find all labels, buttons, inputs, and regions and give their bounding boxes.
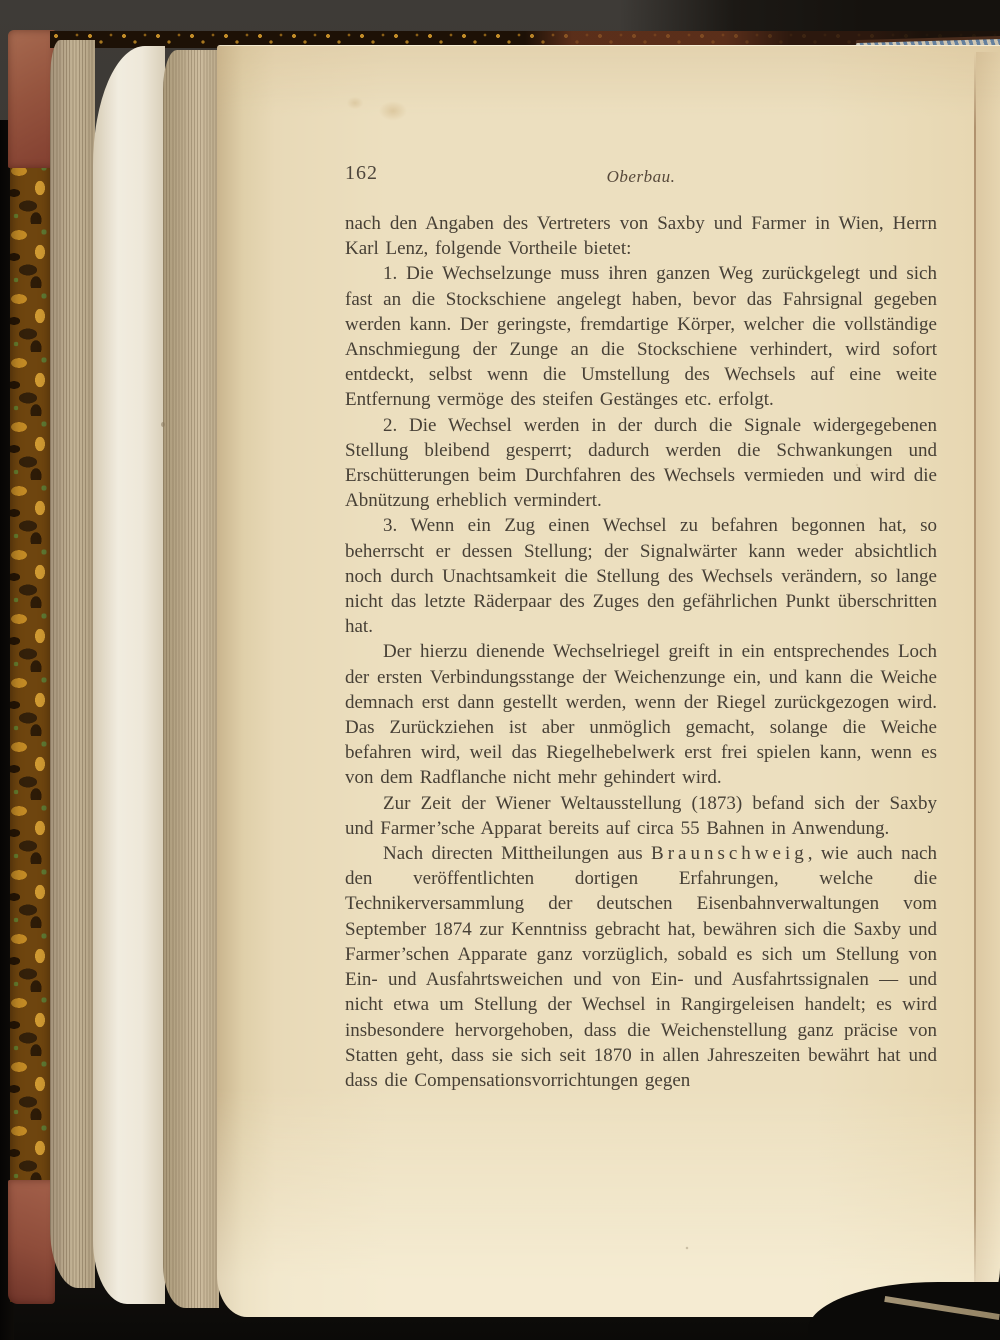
text-block: nach den Angaben des Vertreters von Saxb…: [345, 211, 937, 1093]
paragraph: Nach directen Mittheilungen aus Braunsch…: [345, 841, 937, 1093]
text-run: Der hierzu dienende Wechselriegel greift…: [345, 641, 937, 788]
text-run: 2. Die Wechsel werden in der durch die S…: [345, 415, 937, 512]
leather-corner-top: [8, 30, 55, 168]
page-edges-outer: [50, 40, 95, 1288]
back-cover-top-edge: [620, 0, 1000, 34]
paragraph: nach den Angaben des Vertreters von Saxb…: [345, 211, 937, 261]
text-run: Zur Zeit der Wiener Weltausstellung (187…: [345, 793, 937, 839]
flexed-page-edge: [93, 46, 165, 1304]
page-crease-shade: [976, 52, 1000, 1310]
text-run: 1. Die Wechselzunge muss ihren ganzen We…: [345, 263, 937, 410]
paper-speck: [161, 422, 165, 427]
text-run: 3. Wenn ein Zug einen Wechsel zu befahre…: [345, 515, 937, 637]
text-run: Nach directen Mittheilungen aus: [383, 843, 651, 864]
leather-corner-bottom: [8, 1180, 55, 1304]
text-run: nach den Angaben des Vertreters von Saxb…: [345, 213, 937, 259]
running-header: Oberbau.: [345, 167, 937, 187]
photo-backdrop: 162 Oberbau. nach den Angaben des Vertre…: [0, 0, 1000, 1340]
text-run: , wie auch nach den veröffentlichten dor…: [345, 843, 937, 1091]
paragraph: 2. Die Wechsel werden in der durch die S…: [345, 413, 937, 514]
spaced-word: Braunschweig: [651, 843, 808, 864]
page-edges-inner: [163, 50, 219, 1308]
paragraph: 1. Die Wechselzunge muss ihren ganzen We…: [345, 261, 937, 412]
marbled-cover-edge: [10, 32, 52, 1302]
paragraph: 3. Wenn ein Zug einen Wechsel zu befahre…: [345, 513, 937, 639]
paragraph: Zur Zeit der Wiener Weltausstellung (187…: [345, 791, 937, 841]
paragraph: Der hierzu dienende Wechselriegel greift…: [345, 639, 937, 790]
